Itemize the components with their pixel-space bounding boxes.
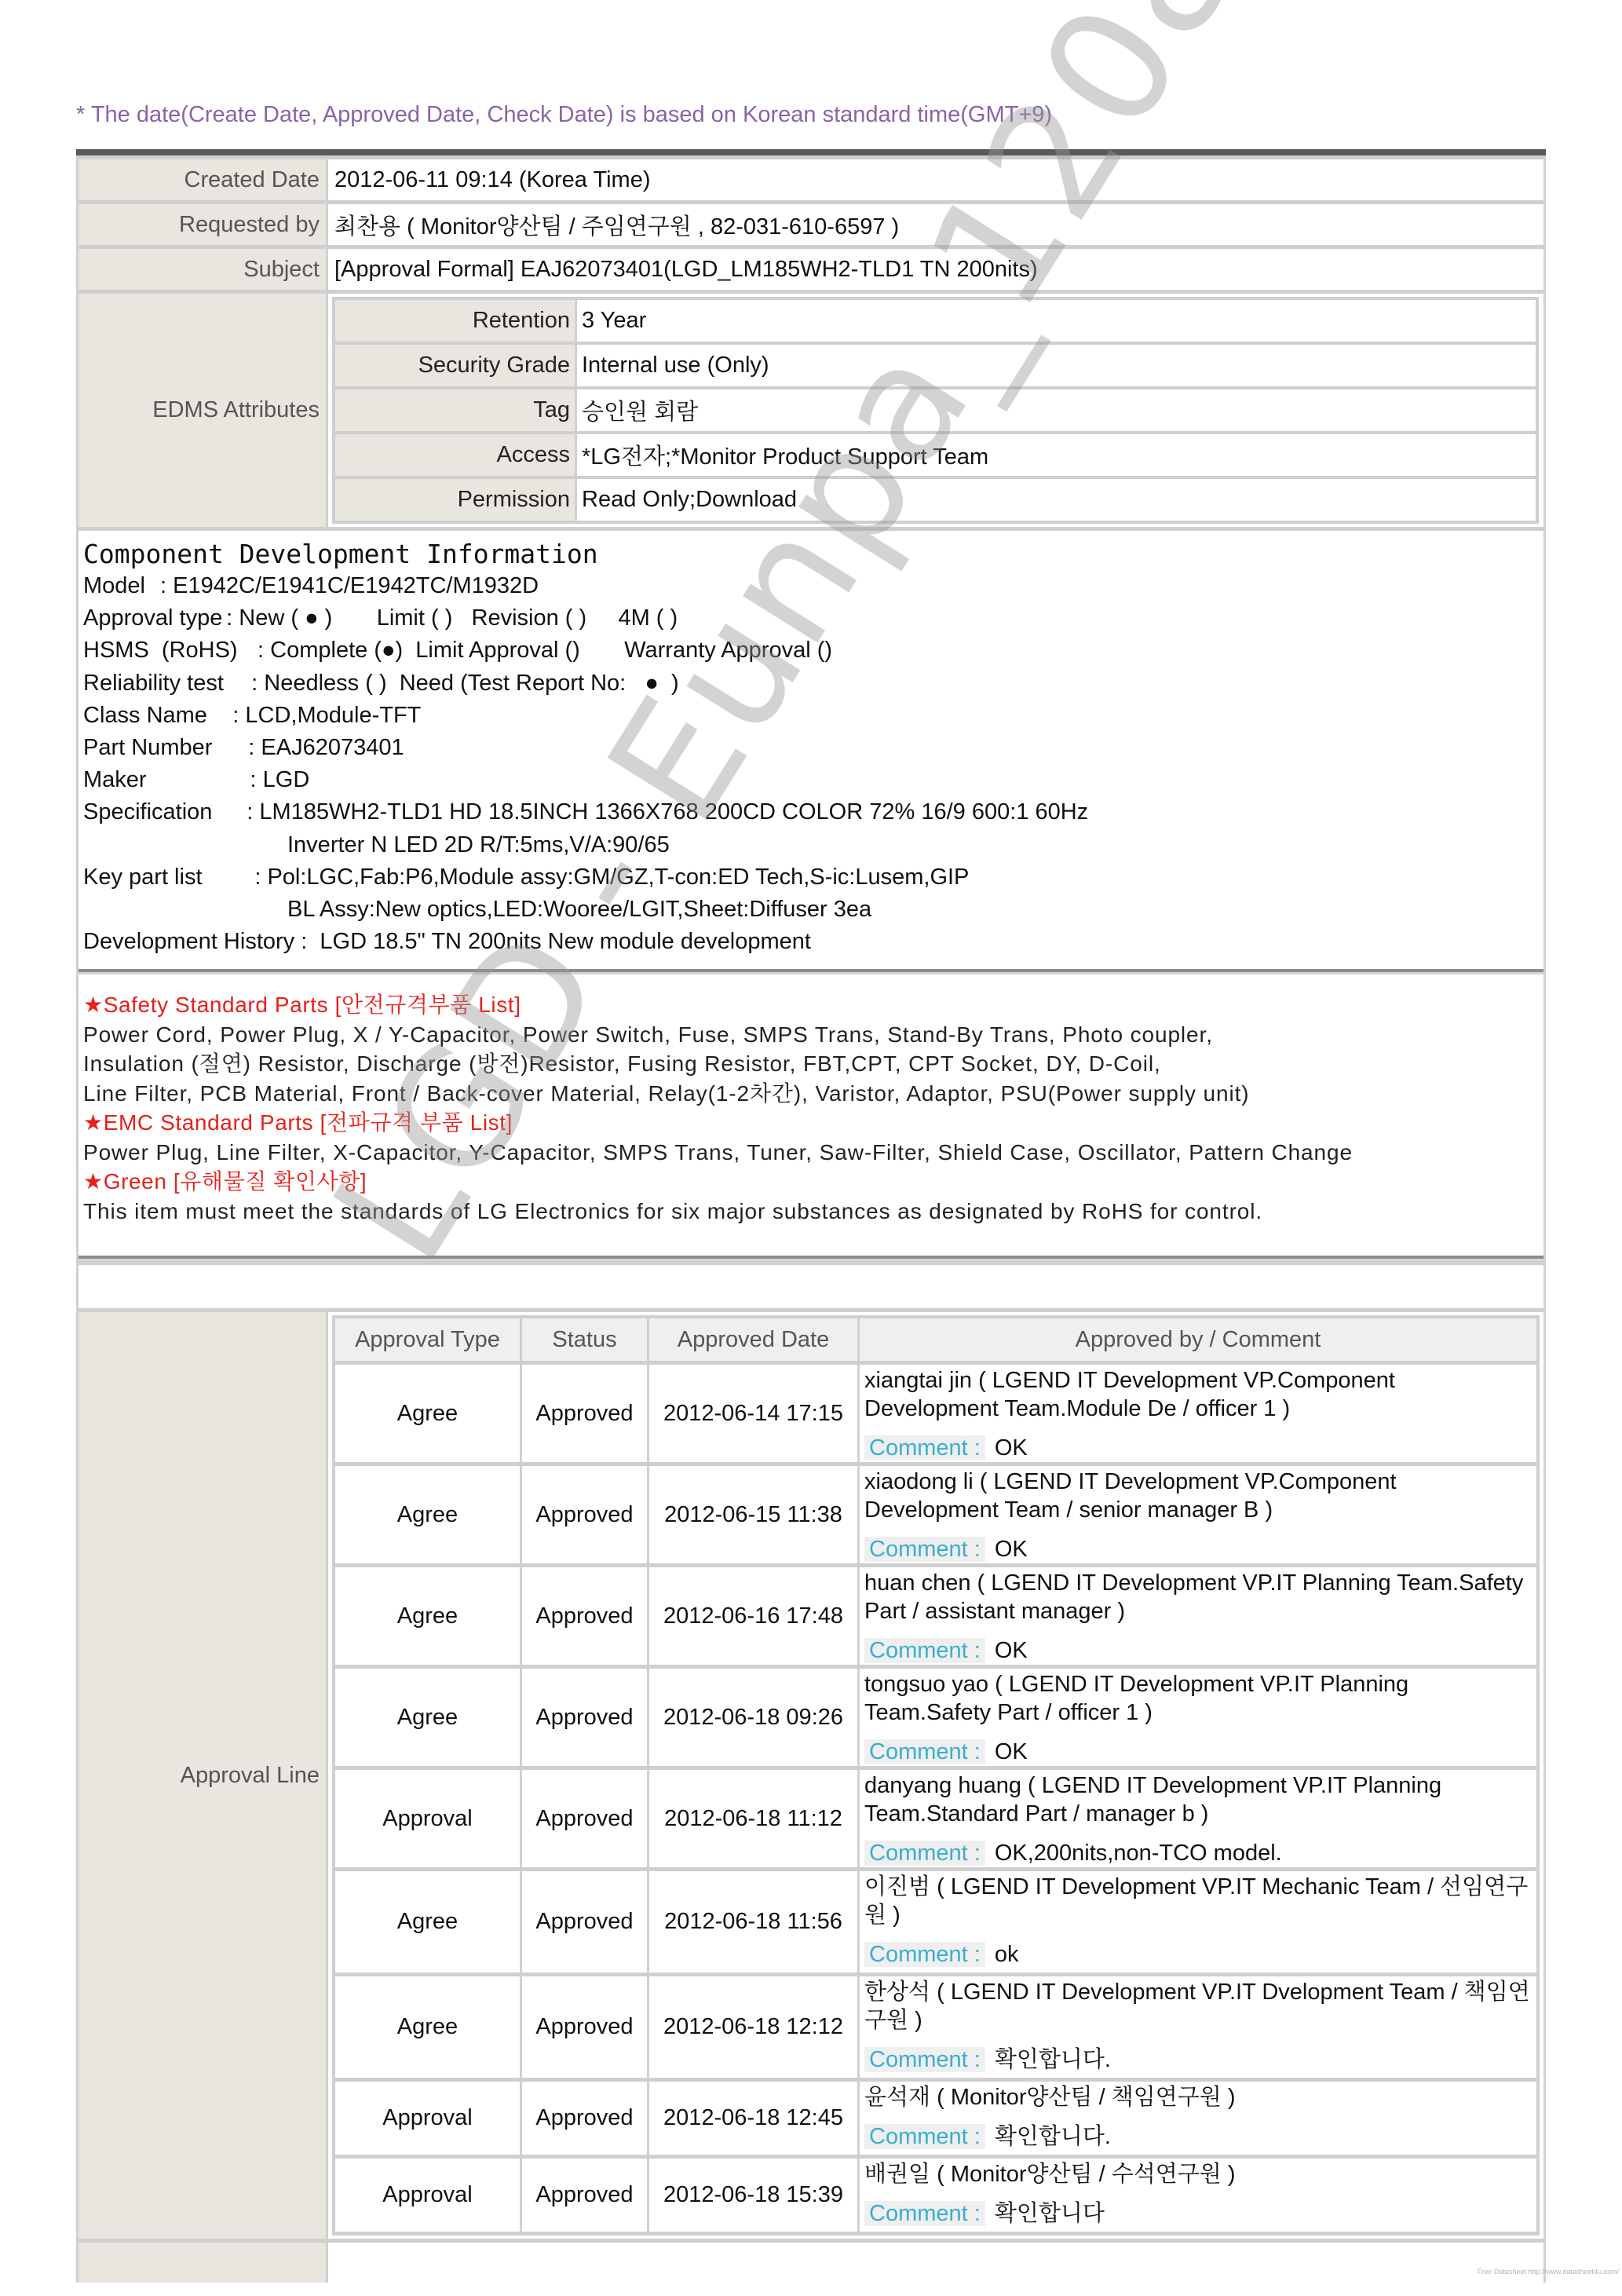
reliability-key: Reliability test (83, 667, 232, 700)
key-part-key: Key part list (83, 861, 217, 894)
hsms-line: HSMS (RoHS) : Complete (●) Limit Approva… (83, 634, 1543, 667)
approval-row: AgreeApproved2012-06-15 11:38xiaodong li… (334, 1464, 1538, 1566)
approved-by-comment-cell: huan chen ( LGEND IT Development VP.IT P… (859, 1566, 1539, 1667)
approval-line-row: Approval Line Approval Type Status Appro… (76, 1308, 1546, 2239)
class-name-value: : LCD,Module-TFT (201, 700, 421, 732)
edms-row-security-grade: Security Grade Internal use (Only) (335, 342, 1536, 386)
emc-parts-line: Power Plug, Line Filter, X-Capacitor, Y-… (83, 1138, 1543, 1168)
key-part-value: : Pol:LGC,Fab:P6,Module assy:GM/GZ,T-con… (217, 861, 969, 894)
approval-row: ApprovalApproved2012-06-18 11:12danyang … (334, 1768, 1538, 1870)
approval-table-header: Approval Type Status Approved Date Appro… (334, 1317, 1538, 1363)
part-number-line: Part Number : EAJ62073401 (83, 732, 1543, 764)
section-divider (79, 1256, 1543, 1261)
edms-value: *LG전자;*Monitor Product Support Team (577, 434, 1536, 476)
empty-value (328, 2243, 1543, 2283)
component-info-row: Component Development Information Model … (76, 527, 1546, 1261)
status-cell: Approved (521, 1566, 648, 1667)
safety-parts-line: Line Filter, PCB Material, Front / Back-… (83, 1079, 1543, 1109)
status-cell: Approved (521, 1667, 648, 1768)
approved-date-cell: 2012-06-18 12:12 (648, 1975, 859, 2080)
edms-row-access: Access *LG전자;*Monitor Product Support Te… (335, 431, 1536, 476)
approval-row: AgreeApproved2012-06-18 11:56이진범 ( LGEND… (334, 1870, 1538, 1975)
hsms-key: HSMS (RoHS) (83, 634, 251, 667)
comment-text: OK,200nits,non-TCO model. (995, 1839, 1282, 1867)
edms-label: Security Grade (335, 345, 577, 386)
approved-date-cell: 2012-06-18 09:26 (648, 1667, 859, 1768)
spacer-row (76, 1261, 1546, 1308)
approved-date-cell: 2012-06-16 17:48 (648, 1566, 859, 1667)
approved-by-comment-cell: 배권일 ( Monitor양산팀 / 수석연구원 )Comment :확인합니다 (859, 2157, 1539, 2234)
approved-by-comment-cell: xiaodong li ( LGEND IT Development VP.Co… (859, 1464, 1539, 1566)
comment-line: Comment :확인합니다. (864, 2046, 1533, 2074)
class-name-line: Class Name : LCD,Module-TFT (83, 700, 1543, 732)
model-key: Model (83, 570, 154, 602)
comment-label: Comment : (864, 1841, 985, 1866)
comment-label: Comment : (864, 1435, 985, 1461)
comment-line: Comment :확인합니다. (864, 2122, 1533, 2151)
approval-type-cell: Agree (334, 1667, 521, 1768)
column-header-approved-date: Approved Date (648, 1317, 859, 1363)
edms-row-tag: Tag 승인원 회람 (335, 386, 1536, 431)
maker-value: : LGD (193, 764, 309, 796)
approved-date-cell: 2012-06-18 11:56 (648, 1870, 859, 1975)
approval-row: AgreeApproved2012-06-18 12:12한상석 ( LGEND… (334, 1975, 1538, 2080)
comment-text: OK (995, 1535, 1028, 1563)
edms-label: Retention (335, 300, 577, 342)
approver-name: danyang huang ( LGEND IT Development VP.… (864, 1771, 1533, 1828)
approval-type-value: : New ( ● ) Limit ( ) Revision ( ) 4M ( … (207, 602, 678, 634)
comment-label: Comment : (864, 2047, 985, 2072)
requested-by-value: 최찬용 ( Monitor양산팀 / 주임연구원 , 82-031-610-65… (328, 204, 1543, 245)
approved-by-comment-cell: 이진범 ( LGEND IT Development VP.IT Mechani… (859, 1870, 1539, 1975)
status-cell: Approved (521, 1975, 648, 2080)
comment-text: OK (995, 1636, 1028, 1665)
status-cell: Approved (521, 1464, 648, 1566)
comment-label: Comment : (864, 1739, 985, 1764)
specification-value: : LM185WH2-TLD1 HD 18.5INCH 1366X768 200… (221, 796, 1088, 828)
edms-row-retention: Retention 3 Year (335, 300, 1536, 342)
edms-label: Access (335, 434, 577, 476)
approver-name: 배권일 ( Monitor양산팀 / 수석연구원 ) (864, 2160, 1533, 2188)
comment-label: Comment : (864, 1942, 985, 1967)
approved-date-cell: 2012-06-18 15:39 (648, 2157, 859, 2234)
created-date-value: 2012-06-11 09:14 (Korea Time) (328, 159, 1543, 200)
development-history-key: Development History (83, 926, 294, 958)
green-line: This item must meet the standards of LG … (83, 1197, 1543, 1227)
status-cell: Approved (521, 1363, 648, 1464)
model-line: Model : E1942C/E1941C/E1942TC/M1932D (83, 570, 1543, 602)
created-date-row: Created Date 2012-06-11 09:14 (Korea Tim… (76, 155, 1546, 200)
approval-type-cell: Agree (334, 1464, 521, 1566)
comment-text: 확인합니다 (995, 2199, 1105, 2228)
document-table: Created Date 2012-06-11 09:14 (Korea Tim… (76, 155, 1546, 2283)
approval-row: AgreeApproved2012-06-14 17:15xiangtai ji… (334, 1363, 1538, 1464)
comment-label: Comment : (864, 2201, 985, 2226)
approver-name: huan chen ( LGEND IT Development VP.IT P… (864, 1569, 1533, 1625)
approval-inner: Approval Type Status Approved Date Appro… (328, 1312, 1543, 2239)
approver-name: xiaodong li ( LGEND IT Development VP.Co… (864, 1468, 1533, 1524)
status-cell: Approved (521, 2080, 648, 2157)
maker-line: Maker : LGD (83, 764, 1543, 796)
specification-line: Specification : LM185WH2-TLD1 HD 18.5INC… (83, 796, 1543, 828)
comment-line: Comment :OK,200nits,non-TCO model. (864, 1839, 1533, 1867)
comment-text: ok (995, 1940, 1019, 1969)
part-number-value: : EAJ62073401 (217, 732, 404, 764)
approval-type-key: Approval type (83, 602, 207, 634)
column-header-approval-type: Approval Type (334, 1317, 521, 1363)
edms-value: 3 Year (577, 300, 1536, 342)
subject-value: [Approval Formal] EAJ62073401(LGD_LM185W… (328, 249, 1543, 290)
bottom-empty-row (76, 2239, 1546, 2283)
approval-row: ApprovalApproved2012-06-18 15:39배권일 ( Mo… (334, 2157, 1538, 2234)
approved-by-comment-cell: tongsuo yao ( LGEND IT Development VP.IT… (859, 1667, 1539, 1768)
green-title: ★Green [유해물질 확인사항] (83, 1167, 1543, 1197)
approval-type-cell: Agree (334, 1566, 521, 1667)
comment-line: Comment :OK (864, 1535, 1533, 1563)
requested-by-label: Requested by (79, 204, 328, 245)
comment-text: OK (995, 1434, 1028, 1462)
hsms-value: : Complete (●) Limit Approval () Warrant… (251, 634, 832, 667)
key-part-line: Key part list : Pol:LGC,Fab:P6,Module as… (83, 861, 1543, 894)
edms-value: Internal use (Only) (577, 345, 1536, 386)
comment-line: Comment :OK (864, 1636, 1533, 1665)
approved-by-comment-cell: 윤석재 ( Monitor양산팀 / 책임연구원 )Comment :확인합니다… (859, 2080, 1539, 2157)
comment-label: Comment : (864, 1638, 985, 1663)
maker-key: Maker (83, 764, 193, 796)
safety-parts-line: Power Cord, Power Plug, X / Y-Capacitor,… (83, 1020, 1543, 1050)
approval-type-cell: Agree (334, 1975, 521, 2080)
edms-attributes-row: EDMS Attributes Retention 3 Year Securit… (76, 290, 1546, 527)
approval-type-line: Approval type : New ( ● ) Limit ( ) Revi… (83, 602, 1543, 634)
model-value: : E1942C/E1941C/E1942TC/M1932D (154, 570, 539, 602)
header-bar (76, 149, 1546, 155)
approval-table: Approval Type Status Approved Date Appro… (332, 1315, 1540, 2236)
approved-by-comment-cell: xiangtai jin ( LGEND IT Development VP.C… (859, 1363, 1539, 1464)
development-history-value: : LGD 18.5" TN 200nits New module develo… (294, 926, 811, 958)
approval-type-cell: Approval (334, 2080, 521, 2157)
edms-attributes-label: EDMS Attributes (79, 294, 328, 527)
comment-text: OK (995, 1738, 1028, 1766)
comment-label: Comment : (864, 1537, 985, 1562)
edms-value: Read Only;Download (577, 479, 1536, 521)
comment-text: 확인합니다. (995, 2122, 1111, 2151)
class-name-key: Class Name (83, 700, 201, 732)
component-info: Component Development Information Model … (79, 531, 1543, 1261)
component-info-title: Component Development Information (83, 539, 1543, 570)
subject-label: Subject (79, 249, 328, 290)
part-number-key: Part Number (83, 732, 217, 764)
approval-type-cell: Agree (334, 1363, 521, 1464)
footer-credit: Free Datasheet http://www.datasheet4u.co… (1478, 2268, 1619, 2276)
approver-name: 한상석 ( LGEND IT Development VP.IT Dvelopm… (864, 1978, 1533, 2035)
edms-row-permission: Permission Read Only;Download (335, 476, 1536, 521)
approval-row: ApprovalApproved2012-06-18 12:45윤석재 ( Mo… (334, 2080, 1538, 2157)
approval-row: AgreeApproved2012-06-18 09:26tongsuo yao… (334, 1667, 1538, 1768)
approved-date-cell: 2012-06-15 11:38 (648, 1464, 859, 1566)
comment-line: Comment :OK (864, 1738, 1533, 1766)
approval-type-cell: Agree (334, 1870, 521, 1975)
requested-by-row: Requested by 최찬용 ( Monitor양산팀 / 주임연구원 , … (76, 200, 1546, 245)
edms-value: 승인원 회람 (577, 389, 1536, 431)
approved-date-cell: 2012-06-14 17:15 (648, 1363, 859, 1464)
section-divider (79, 969, 1543, 974)
status-cell: Approved (521, 2157, 648, 2234)
safety-parts-line: Insulation (절연) Resistor, Discharge (방전)… (83, 1049, 1543, 1079)
approver-name: tongsuo yao ( LGEND IT Development VP.IT… (864, 1670, 1533, 1727)
approval-type-cell: Approval (334, 2157, 521, 2234)
empty-label (79, 2243, 328, 2283)
comment-line: Comment :OK (864, 1434, 1533, 1462)
comment-line: Comment :ok (864, 1940, 1533, 1969)
specification-key: Specification (83, 796, 221, 828)
column-header-approved-by-comment: Approved by / Comment (859, 1317, 1539, 1363)
edms-label: Tag (335, 389, 577, 431)
approval-table-body: AgreeApproved2012-06-14 17:15xiangtai ji… (334, 1363, 1538, 2234)
approver-name: 이진범 ( LGEND IT Development VP.IT Mechani… (864, 1873, 1533, 1929)
specification-value-2: Inverter N LED 2D R/T:5ms,V/A:90/65 (83, 829, 1543, 861)
safety-parts-title: ★Safety Standard Parts [안전규격부품 List] (83, 990, 1543, 1020)
approver-name: 윤석재 ( Monitor양산팀 / 책임연구원 ) (864, 2083, 1533, 2111)
approval-line-label: Approval Line (79, 1312, 328, 2239)
reliability-line: Reliability test : Needless ( ) Need (Te… (83, 667, 1543, 700)
timezone-note: * The date(Create Date, Approved Date, C… (76, 102, 1052, 128)
approved-date-cell: 2012-06-18 11:12 (648, 1768, 859, 1870)
approval-row: AgreeApproved2012-06-16 17:48huan chen (… (334, 1566, 1538, 1667)
comment-line: Comment :확인합니다 (864, 2199, 1533, 2228)
approver-name: xiangtai jin ( LGEND IT Development VP.C… (864, 1366, 1533, 1423)
comment-label: Comment : (864, 2124, 985, 2149)
comment-text: 확인합니다. (995, 2046, 1111, 2074)
approved-by-comment-cell: 한상석 ( LGEND IT Development VP.IT Dvelopm… (859, 1975, 1539, 2080)
reliability-value: : Needless ( ) Need (Test Report No: ● ) (232, 667, 679, 700)
approval-type-cell: Approval (334, 1768, 521, 1870)
edms-inner: Retention 3 Year Security Grade Internal… (328, 294, 1543, 527)
key-part-value-2: BL Assy:New optics,LED:Wooree/LGIT,Sheet… (83, 894, 1543, 926)
created-date-label: Created Date (79, 159, 328, 200)
approved-date-cell: 2012-06-18 12:45 (648, 2080, 859, 2157)
column-header-status: Status (521, 1317, 648, 1363)
edms-attributes-table: Retention 3 Year Security Grade Internal… (332, 297, 1539, 524)
status-cell: Approved (521, 1870, 648, 1975)
development-history-line: Development History : LGD 18.5" TN 200ni… (83, 926, 1543, 958)
edms-label: Permission (335, 479, 577, 521)
subject-row: Subject [Approval Formal] EAJ62073401(LG… (76, 245, 1546, 290)
approved-by-comment-cell: danyang huang ( LGEND IT Development VP.… (859, 1768, 1539, 1870)
status-cell: Approved (521, 1768, 648, 1870)
emc-parts-title: ★EMC Standard Parts [전파규격 부품 List] (83, 1108, 1543, 1138)
